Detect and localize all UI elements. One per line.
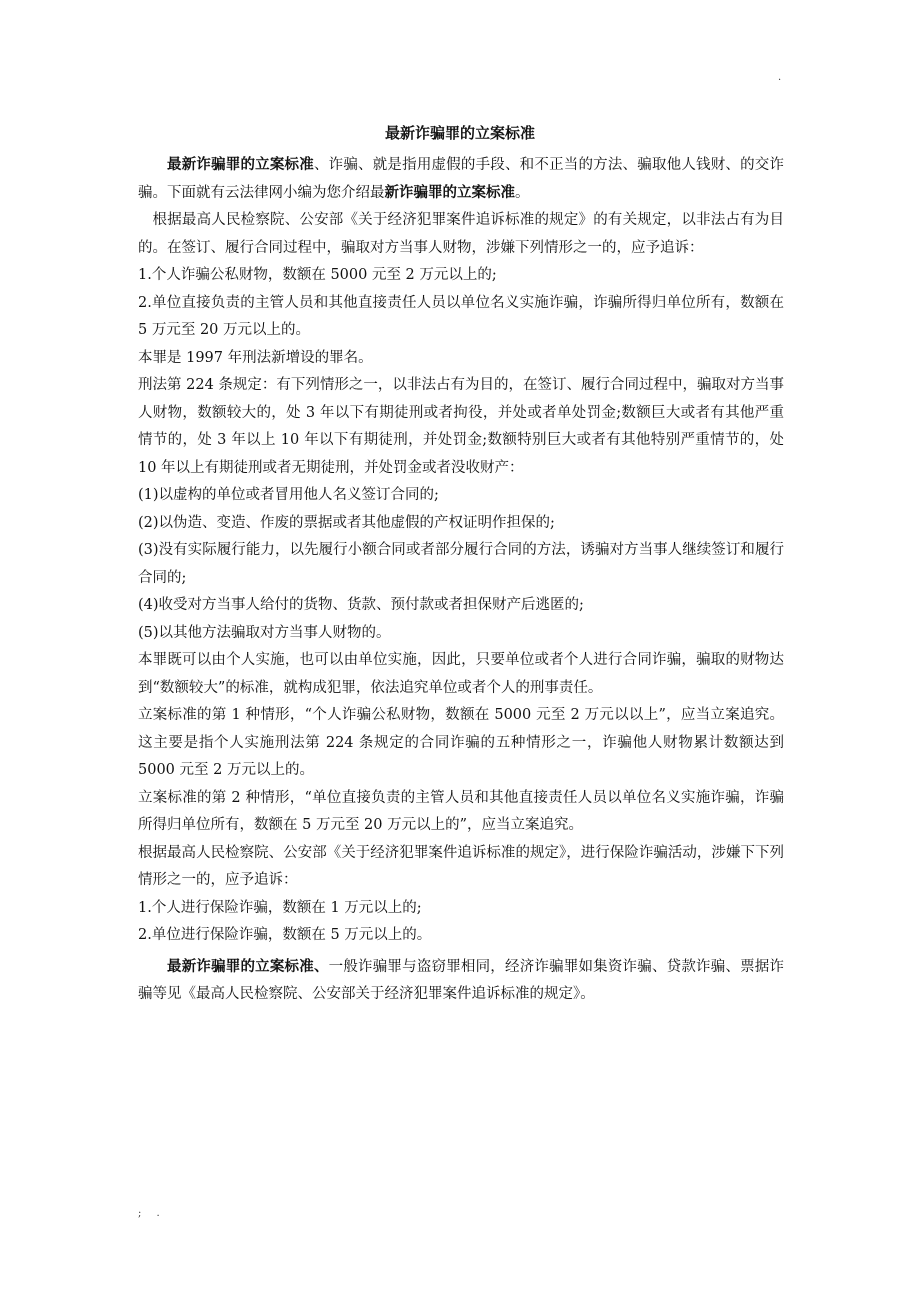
intro-paragraph: 最新诈骗罪的立案标准、诈骗、就是指用虚假的手段、和不正当的方法、骗取他人钱财、的…	[138, 152, 784, 207]
paragraph: 立案标准的第 2 种情形，“单位直接负责的主管人员和其他直接责任人员以单位名义实…	[138, 785, 784, 840]
paragraph: 刑法第 224 条规定：有下列情形之一，以非法占有为目的，在签订、履行合同过程中…	[138, 372, 784, 482]
intro-bold-lead: 最新诈骗罪的立案标准	[167, 157, 314, 173]
paragraph: 本罪是 1997 年刑法新增设的罪名。	[138, 345, 784, 373]
closing-paragraph: 最新诈骗罪的立案标准、一般诈骗罪与盗窃罪相同，经济诈骗罪如集资诈骗、贷款诈骗、票…	[138, 954, 784, 1009]
paragraph: 立案标准的第 1 种情形，“个人诈骗公私财物，数额在 5000 元至 2 万元以…	[138, 702, 784, 785]
header-mark: .	[778, 72, 781, 83]
list-item: (2)以伪造、变造、作废的票据或者其他虚假的产权证明作担保的;	[138, 510, 784, 538]
closing-bold-lead: 最新诈骗罪的立案标准、	[167, 959, 329, 975]
list-item: (5)以其他方法骗取对方当事人财物的。	[138, 620, 784, 648]
list-item: 2.单位进行保险诈骗，数额在 5 万元以上的。	[138, 922, 784, 950]
list-item: 1.个人进行保险诈骗，数额在 1 万元以上的;	[138, 895, 784, 923]
document-page: . 最新诈骗罪的立案标准 最新诈骗罪的立案标准、诈骗、就是指用虚假的手段、和不正…	[0, 0, 920, 1302]
list-item: (1)以虚构的单位或者冒用他人名义签订合同的;	[138, 482, 784, 510]
intro-bold-tail: 新诈骗罪的立案标准	[385, 185, 516, 201]
list-item: 1.个人诈骗公私财物，数额在 5000 元至 2 万元以上的;	[138, 262, 784, 290]
list-item: 2.单位直接负责的主管人员和其他直接责任人员以单位名义实施诈骗，诈骗所得归单位所…	[138, 290, 784, 345]
paragraph: 本罪既可以由个人实施，也可以由单位实施，因此，只要单位或者个人进行合同诈骗，骗取…	[138, 647, 784, 702]
intro-text-b: 。	[515, 185, 530, 201]
list-item: (4)收受对方当事人给付的货物、货款、预付款或者担保财产后逃匿的;	[138, 592, 784, 620]
paragraph: 根据最高人民检察院、公安部《关于经济犯罪案件追诉标准的规定》，进行保险诈骗活动，…	[138, 840, 784, 895]
document-title: 最新诈骗罪的立案标准	[0, 122, 920, 143]
footer-mark: ; .	[138, 1208, 166, 1219]
list-item: (3)没有实际履行能力，以先履行小额合同或者部分履行合同的方法，诱骗对方当事人继…	[138, 537, 784, 592]
document-body: 最新诈骗罪的立案标准、诈骗、就是指用虚假的手段、和不正当的方法、骗取他人钱财、的…	[138, 152, 784, 1009]
paragraph: 根据最高人民检察院、公安部《关于经济犯罪案件追诉标准的规定》的有关规定，以非法占…	[138, 207, 784, 262]
